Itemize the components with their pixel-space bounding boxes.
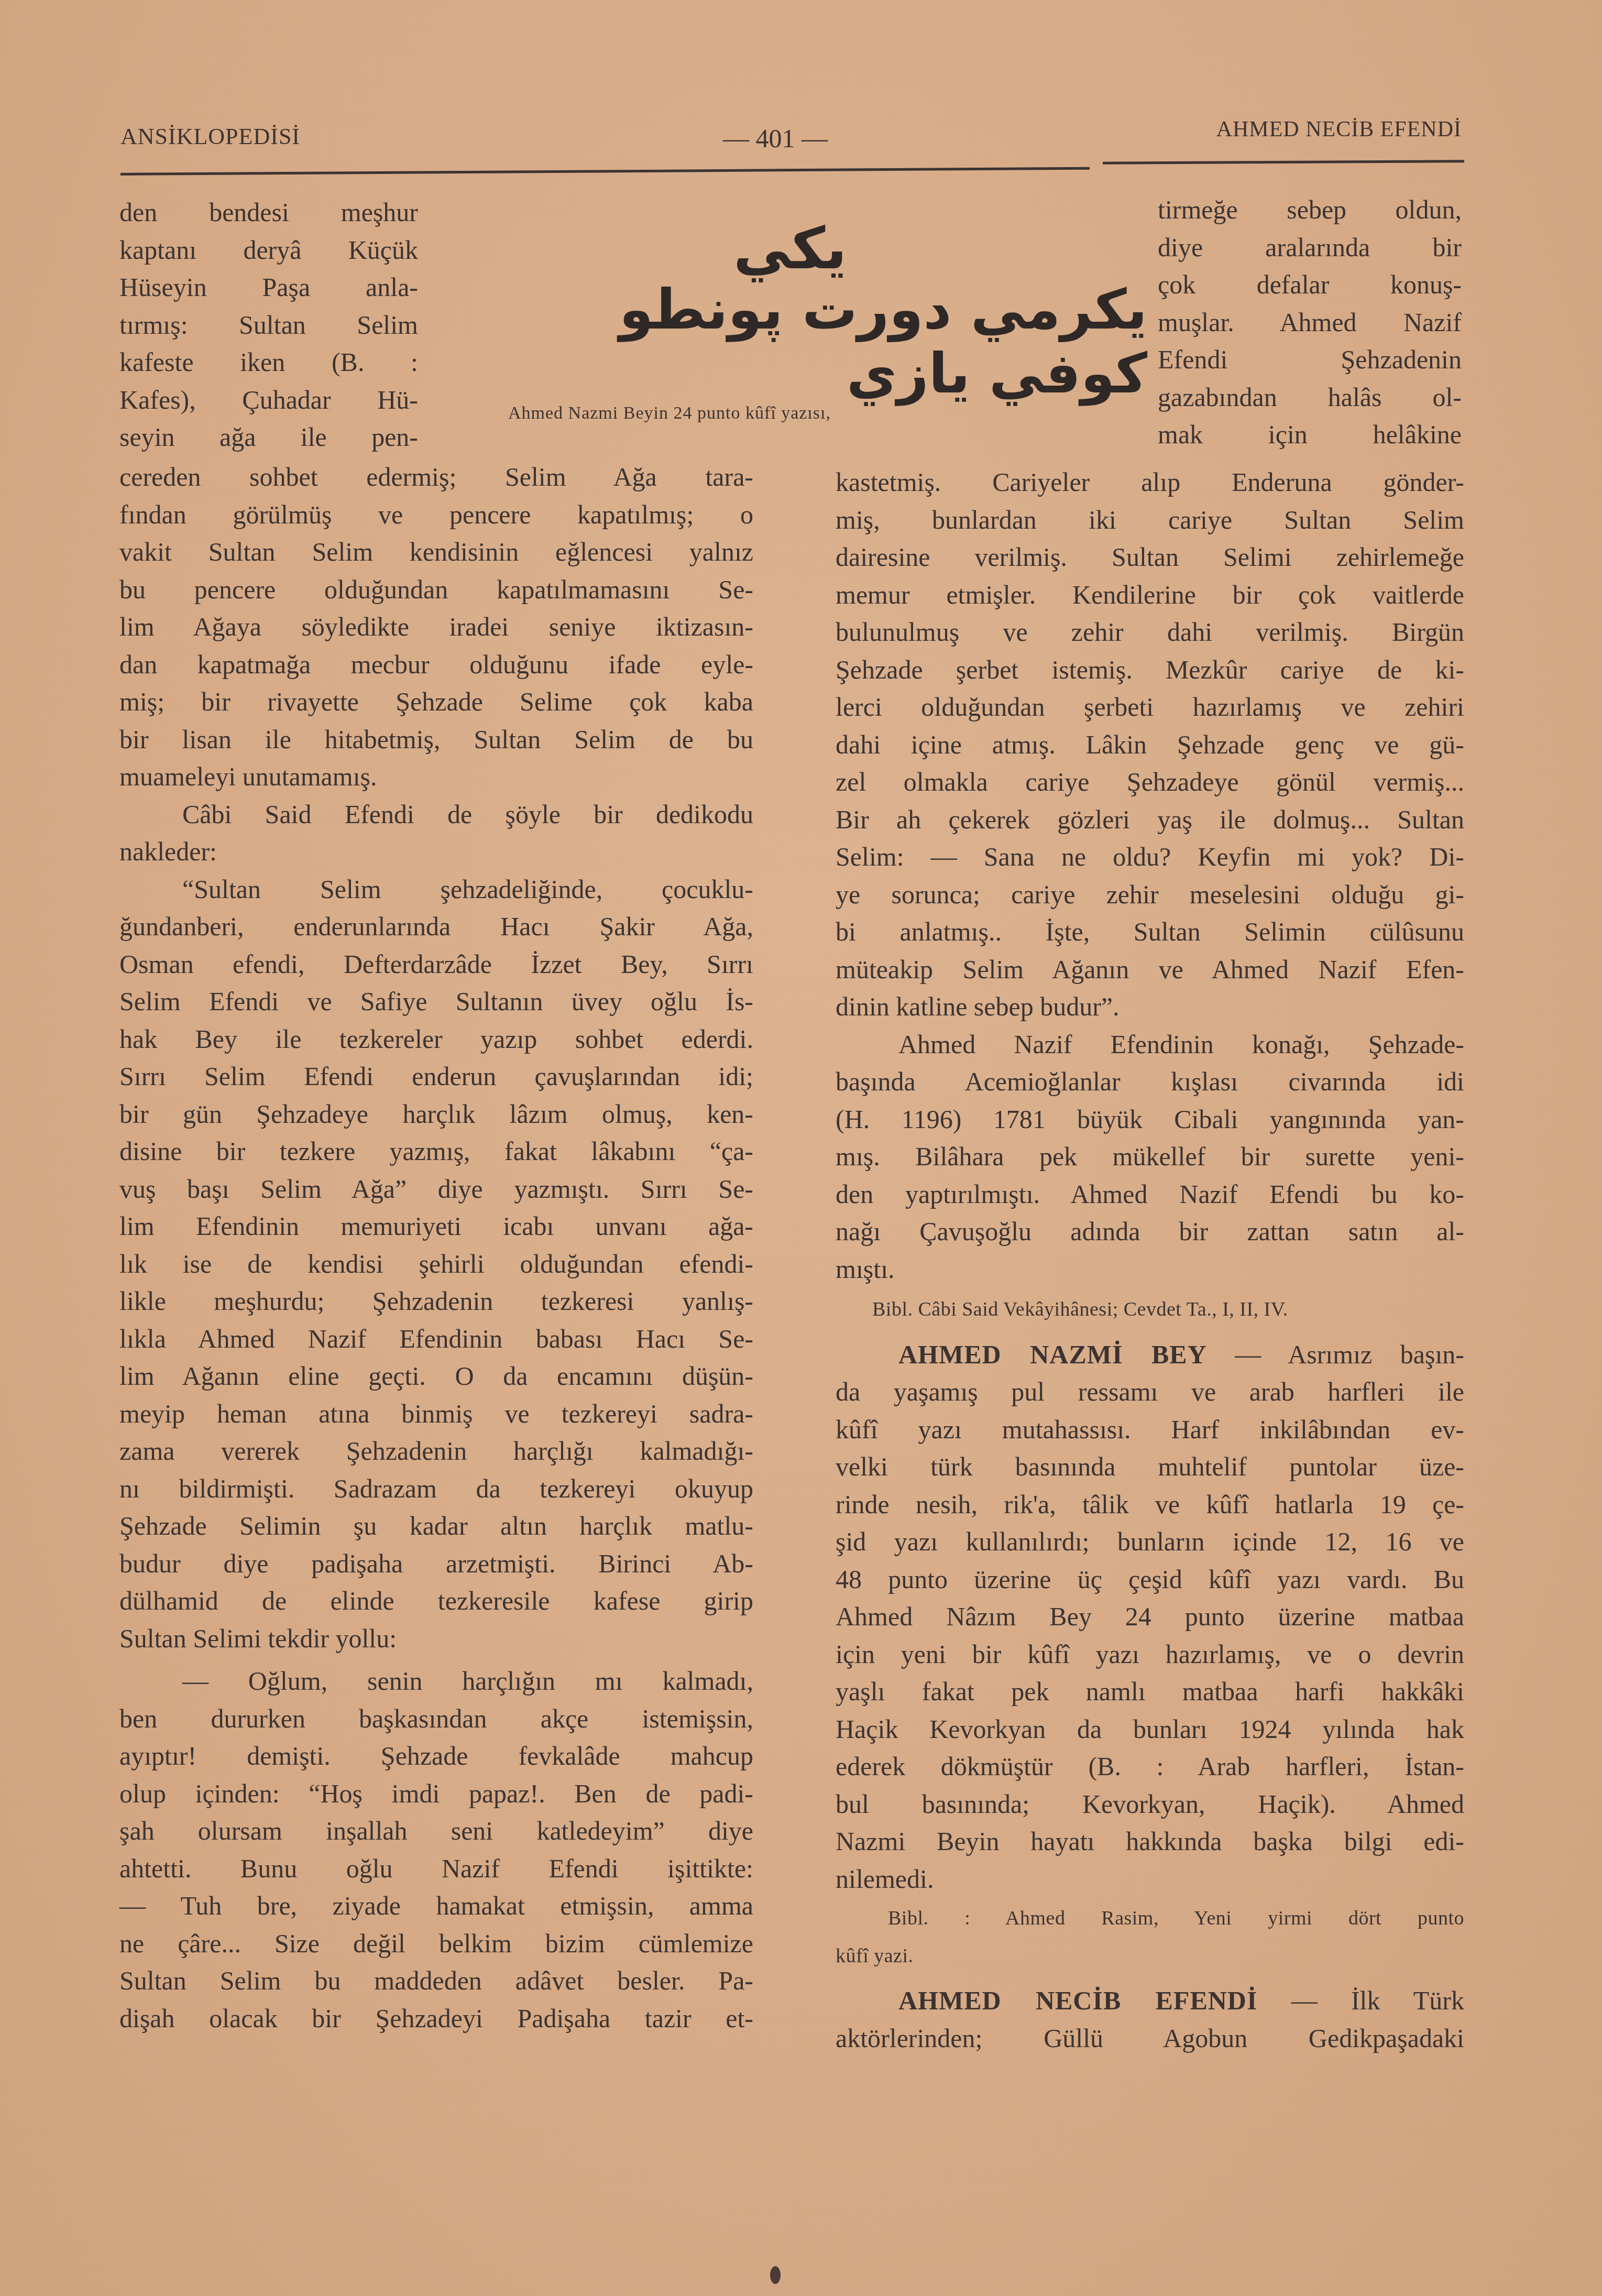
text-line: müteakip Selim Ağanın ve Ahmed Nazif Efe… [836,951,1464,989]
quoted-paragraph: “Sultan Selim şehzadeliğinde, çocuklu- ğ… [119,871,753,1658]
text-line: zel olmakla cariye Şehzadeye gönül vermi… [836,763,1464,801]
text-line: ğundanberi, enderunlarında Hacı Şakir Ağ… [119,908,753,946]
arabic-specimen-line-2: يكرمي دورت پونطو كوفي يازي [451,278,1147,406]
text-line: den yaptırılmıştı. Ahmed Nazif Efendi bu… [836,1176,1464,1213]
text-line: bi anlatmış.. İşte, Sultan Selimin cülûs… [836,913,1464,951]
arabic-specimen-line-1: يكي [733,215,847,282]
text-line: Nazmi Beyin hayatı hakkında başka bilgi … [836,1823,1464,1861]
text-line: diye aralarında bir [1158,229,1462,267]
text-line: kaptanı deryâ Küçük [119,232,418,269]
text-line: Sırrı Selim Efendi enderun çavuşlarından… [119,1058,753,1096]
entry-heading: AHMED NAZMİ BEY [898,1340,1207,1369]
text-line: bulunulmuş ve zehir dahi verilmiş. Birgü… [836,614,1464,651]
kufic-script-figure: يكي يكرمي دورت پونطو كوفي يازي Ahmed Naz… [435,199,1147,424]
dialogue-paragraph: — Oğlum, senin harçlığın mı kalmadı, ben… [119,1663,753,2037]
text-line: ederek dökmüştür (B. : Arab harfleri, İs… [836,1748,1464,1786]
right-column-top: tirmeğe sebep oldun, diye aralarında bir… [1158,191,1462,454]
text-line: dairesine verilmiş. Sultan Selimi zehirl… [836,539,1464,576]
text-line: mış. Bilâhara pek mükellef bir surette y… [836,1138,1464,1176]
text-line: kafeste iken (B. : [119,344,418,381]
text-line: Kafes), Çuhadar Hü- [119,381,418,419]
text-line: kûfî yazı mutahassısı. Harf inkilâbından… [836,1411,1464,1449]
text-line: dülhamid de elinde tezkeresile kafese gi… [119,1582,753,1620]
text-line: Sultan Selimi tekdir yollu: [119,1620,753,1658]
text-line: yaşlı fakat pek namlı matbaa harfi hakkâ… [836,1673,1464,1711]
text-line: (H. 1196) 1781 büyük Cibali yangınında y… [836,1101,1464,1139]
text-line: Haçik Kevorkyan da bunları 1924 yılında … [836,1711,1464,1748]
text-line: Osman efendi, Defterdarzâde İzzet Bey, S… [119,946,753,983]
text-line: hak Bey ile tezkereler yazıp sohbet eder… [119,1021,753,1058]
text-line: dan kapatmağa mecbur olduğunu ifade eyle… [119,646,753,684]
text-line: — Tuh bre, ziyade hamakat etmişsin, amma [119,1887,753,1925]
text-line: velki türk basınında muhtelif puntolar ü… [836,1448,1464,1486]
text-line: lerci olduğundan şerbeti hazırlamış ve z… [836,688,1464,726]
text-line: — Oğlum, senin harçlığın mı kalmadı, [119,1663,753,1700]
text-line: seyin ağa ile pen- [119,419,418,456]
text-line: zama vererek Şehzadenin harçlığı kalmadı… [119,1433,753,1470]
text-line: bir lisan ile hitabetmiş, Sultan Selim d… [119,721,753,759]
text-line: başında Acemioğlanlar kışlası civarında … [836,1063,1464,1101]
entry-heading: AHMED NECİB EFENDİ [898,1986,1257,2015]
text-line: tırmış: Sultan Selim [119,307,418,344]
text-line: miş, bunlardan iki cariye Sultan Selim [836,501,1464,539]
text-line: şah olursam inşallah seni katledeyim” di… [119,1812,753,1850]
text-line: den bendesi meşhur [119,194,418,232]
text-line: “Sultan Selim şehzadeliğinde, çocuklu- [119,871,753,909]
text-line: çok defalar konuş- [1158,266,1462,304]
text-line: muameleyi unutamamış. [119,758,753,796]
text-line: için yeni bir kûfî yazı hazırlamış, ve o… [836,1636,1464,1674]
text-line: tirmeğe sebep oldun, [1158,191,1462,229]
entry-ahmed-nazmi-bey: AHMED NAZMİ BEY — Asrımız başın- da yaşa… [836,1336,1464,1898]
text-line: 48 punto üzerine üç çeşid kûfî yazı vard… [836,1561,1464,1599]
running-header: ANSİKLOPEDİSİ — 401 — AHMED NECİB EFENDİ [120,123,1462,181]
text-line: Şehzade Selimin şu kadar altın harçlık m… [119,1507,753,1545]
text-line: nakleder: [119,833,753,871]
text-line: Efendi Şehzadenin [1158,341,1462,379]
text-line: ahtetti. Bunu oğlu Nazif Efendi işittikt… [119,1850,753,1888]
text-line: olup içinden: “Hoş imdi papaz!. Ben de p… [119,1775,753,1813]
text-line: bu pencere olduğundan kapatılmamasını Se… [119,571,753,609]
entry-ahmed-necib-efendi: AHMED NECİB EFENDİ — İlk Türk aktörlerin… [836,1982,1464,2057]
text-line: vakit Sultan Selim kendisinin eğlencesi … [119,533,753,571]
text-line: şid yazı kullanılırdı; bunların içinde 1… [836,1523,1464,1561]
header-rule-right [1103,160,1464,165]
text-line: Ahmed Nâzım Bey 24 punto üzerine matbaa [836,1598,1464,1636]
text-line: bul basınında; Kevorkyan, Haçik). Ahmed [836,1786,1464,1823]
text-line: lık ise de kendisi şehirli olduğundan ef… [119,1245,753,1283]
text-line: lim Ağanın eline geçti. O da encamını dü… [119,1358,753,1395]
header-encyclopedia-title: ANSİKLOPEDİSİ [120,123,300,150]
paragraph: Câbi Said Efendi de şöyle bir dedikodu n… [119,796,753,871]
text-line: ayıptır! demişti. Şehzade fevkalâde mahc… [119,1737,753,1775]
text-line: memur etmişler. Kendilerine bir çok vait… [836,576,1464,614]
text-line: muşlar. Ahmed Nazif [1158,304,1462,342]
text-line: ben dururken başkasından akçe istemişsin… [119,1700,753,1738]
bibliography: Bibl. : Ahmed Rasim, Yeni yirmi dört pun… [836,1900,1464,1975]
entry-intro: — İlk Türk [1257,1986,1464,2015]
text-line: Bir ah çekerek gözleri yaş ile dolmuş...… [836,801,1464,839]
text-line: kûfî yazi. [836,1938,1464,1975]
paragraph: cereden sohbet edermiş; Selim Ağa tara- … [119,458,753,796]
text-line: Selim: — Sana ne oldu? Keyfin mi yok? Di… [836,838,1464,876]
left-column-top: den bendesi meşhur kaptanı deryâ Küçük H… [119,194,418,456]
text-line: disine bir tezkere yazmış, fakat lâkabın… [119,1133,753,1171]
text-line: aktörlerinden; Güllü Agobun Gedikpaşadak… [836,2020,1464,2058]
text-line: lim Ağaya söyledikte iradei seniye iktiz… [119,608,753,646]
text-line: Bibl. : Ahmed Rasim, Yeni yirmi dört pun… [836,1900,1464,1938]
text-line: budur diye padişaha arzetmişti. Birinci … [119,1545,753,1583]
right-column: kastetmiş. Cariyeler alıp Enderuna gönde… [836,464,1464,2057]
ink-spot [770,2266,781,2284]
text-line: dişah olacak bir Şehzadeyi Padişaha tazi… [119,2000,753,2038]
header-rule-left [120,167,1090,176]
text-line: Câbi Said Efendi de şöyle bir dedikodu [119,796,753,834]
text-line: Sultan Selim bu maddeden adâvet besler. … [119,1962,753,2000]
text-line: lıkla Ahmed Nazif Efendinin babası Hacı … [119,1320,753,1358]
text-line: Ahmed Nazif Efendinin konağı, Şehzade- [836,1026,1464,1064]
text-line: likle meşhurdu; Şehzadenin tezkeresi yan… [119,1283,753,1320]
text-line: gazabından halâs ol- [1158,379,1462,417]
text-line: Şehzade şerbet istemiş. Mezkûr cariye de… [836,651,1464,689]
paragraph: Ahmed Nazif Efendinin konağı, Şehzade- b… [836,1026,1464,1288]
text-line: rinde nesih, rik'a, tâlik ve kûfî hatlar… [836,1486,1464,1524]
text-line: Selim Efendi ve Safiye Sultanın üvey oğl… [119,983,753,1021]
text-line: nilemedi. [836,1861,1464,1898]
page-number: — 401 — [723,123,828,154]
text-line: mıştı. [836,1251,1464,1288]
text-line: meyip heman atına binmiş ve tezkereyi sa… [119,1395,753,1433]
text-line: ne çâre... Size değil belkim bizim cümle… [119,1925,753,1963]
entry-intro: — Asrımız başın- [1207,1340,1464,1369]
text-line: cereden sohbet edermiş; Selim Ağa tara- [119,458,753,496]
text-line: nı bildirmişti. Sadrazam da tezkereyi ok… [119,1470,753,1508]
text-line: fından görülmüş ve pencere kapatılmış; o [119,496,753,534]
text-line: miş; bir rivayette Şehzade Selime çok ka… [119,683,753,721]
text-line: da yaşamış pul ressamı ve arab harfleri … [836,1373,1464,1411]
figure-caption: Ahmed Nazmi Beyin 24 punto kûfî yazısı, [508,403,831,423]
text-line: Hüseyin Paşa anla- [119,269,418,307]
text-line: lim Efendinin memuriyeti icabı unvanı ağ… [119,1208,753,1245]
text-line: dahi içine atmış. Lâkin Şehzade genç ve … [836,726,1464,764]
text-line: mak için helâkine [1158,416,1462,454]
bibliography: Bibl. Câbi Said Vekâyihânesi; Cevdet Ta.… [836,1291,1464,1329]
text-line: kastetmiş. Cariyeler alıp Enderuna gönde… [836,464,1464,501]
text-line: ye sorunca; cariye zehir meselesini oldu… [836,876,1464,914]
left-column: cereden sohbet edermiş; Selim Ağa tara- … [119,458,753,2037]
text-line: vuş başı Selim Ağa” diye yazmıştı. Sırrı… [119,1171,753,1208]
text-line: dinin katline sebep budur”. [836,988,1464,1026]
text-line: bir gün Şehzadeye harçlık lâzım olmuş, k… [119,1096,753,1133]
header-entry-range: AHMED NECİB EFENDİ [1216,117,1462,142]
text-line: nağı Çavuşoğlu adında bir zattan satın a… [836,1213,1464,1251]
paragraph: kastetmiş. Cariyeler alıp Enderuna gönde… [836,464,1464,1026]
